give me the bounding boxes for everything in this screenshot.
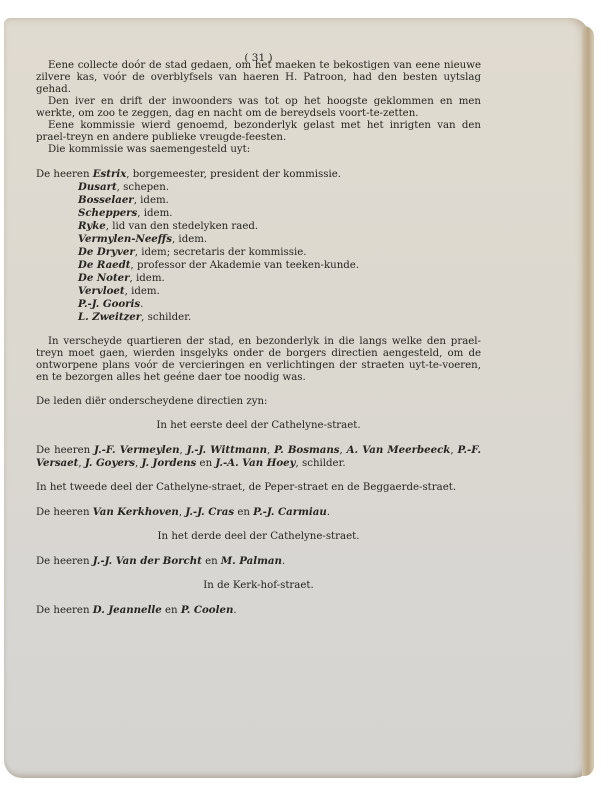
page-number: ( 31 )	[36, 52, 481, 64]
committee-member: Ryke, lid van den stedelyken raed.	[36, 220, 481, 233]
page-text: ( 31 ) Eene collecte doór de stad gedaen…	[36, 60, 481, 617]
committee-member: De Dryver, idem; secretaris der kommissi…	[36, 246, 481, 259]
section-members: De heeren J.-J. Van der Borcht en M. Pal…	[36, 555, 481, 568]
paragraph-kommissie: Eene kommissie wierd genoemd, bezonderly…	[36, 120, 481, 144]
members-intro: De leden diër onderscheydene directien z…	[36, 396, 481, 408]
paragraph-saemengesteld: Die kommissie was saemengesteld uyt:	[36, 144, 481, 156]
committee-member: L. Zweitzer, schilder.	[36, 311, 481, 324]
member-name: Dusart	[78, 181, 117, 193]
section-members: De heeren J.-F. Vermeylen, J.-J. Wittman…	[36, 444, 481, 470]
section-members: De heeren Van Kerkhoven, J.-J. Cras en P…	[36, 506, 481, 519]
member-name: Vermylen-Neeffs	[78, 233, 172, 245]
member-name: Scheppers	[78, 207, 137, 219]
committee-member: De Noter, idem.	[36, 272, 481, 285]
member-name: De Dryver	[78, 246, 135, 258]
section-members: De heeren D. Jeannelle en P. Coolen.	[36, 604, 481, 617]
member-name: Vervloet	[78, 285, 125, 297]
member-name: P.-J. Gooris	[78, 298, 140, 310]
member-name: De Noter	[78, 272, 130, 284]
committee-member: De heeren Estrix, borgemeester, presiden…	[36, 168, 481, 181]
committee-member: Vermylen-Neeffs, idem.	[36, 233, 481, 246]
paragraph-quartieren: In verscheyde quartieren der stad, en be…	[36, 336, 481, 384]
committee-list: De heeren Estrix, borgemeester, presiden…	[36, 168, 481, 324]
committee-member: Scheppers, idem.	[36, 207, 481, 220]
section-heading: In het tweede deel der Cathelyne-straet,…	[36, 482, 481, 494]
section-heading: In de Kerk-hof-straet.	[36, 580, 481, 592]
member-name: De Raedt	[78, 259, 130, 271]
paragraph-iver: Den iver en drift der inwoonders was tot…	[36, 96, 481, 120]
committee-member: De Raedt, professor der Akademie van tee…	[36, 259, 481, 272]
paragraph-collecte: Eene collecte doór de stad gedaen, om he…	[36, 60, 481, 96]
committee-member: P.-J. Gooris.	[36, 298, 481, 311]
page-stack-edge	[582, 26, 594, 776]
committee-member: Dusart, schepen.	[36, 181, 481, 194]
member-name: Estrix	[93, 168, 127, 180]
section-heading: In het eerste deel der Cathelyne-straet.	[36, 420, 481, 432]
member-name: Bosselaer	[78, 194, 134, 206]
section-heading: In het derde deel der Cathelyne-straet.	[36, 531, 481, 543]
committee-member: Vervloet, idem.	[36, 285, 481, 298]
member-name: Ryke	[78, 220, 106, 232]
committee-member: Bosselaer, idem.	[36, 194, 481, 207]
member-name: L. Zweitzer	[78, 311, 141, 323]
